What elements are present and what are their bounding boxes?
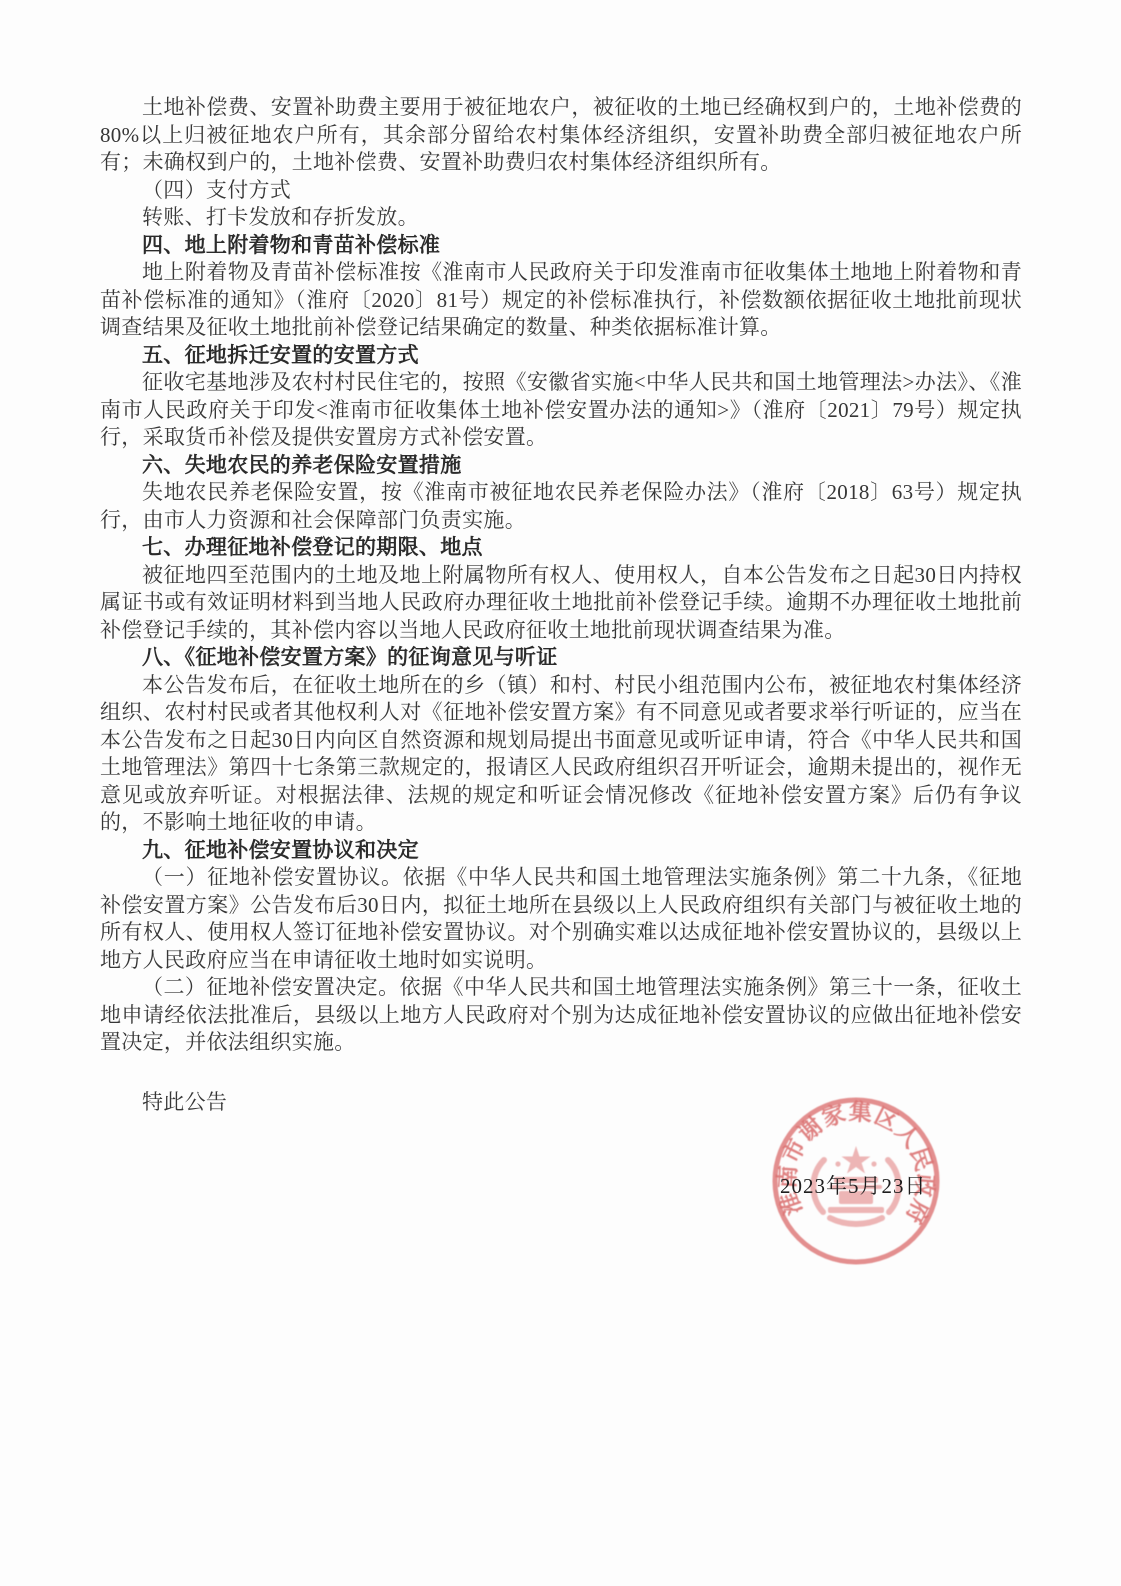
section-heading-9: 九、征地补偿安置协议和决定 <box>100 837 1022 865</box>
paragraph-land-fee-distribution: 土地补偿费、安置补助费主要用于被征地农户，被征收的土地已经确权到户的，土地补偿费… <box>100 94 1022 177</box>
paragraph-pension-insurance: 失地农民养老保险安置，按《淮南市被征地农民养老保险办法》（淮府〔2018〕63号… <box>100 479 1022 534</box>
paragraph-hearing-procedure: 本公告发布后，在征收土地所在的乡（镇）和村、村民小组范围内公布，被征地农村集体经… <box>100 672 1022 837</box>
document-body: 土地补偿费、安置补助费主要用于被征地农户，被征收的土地已经确权到户的，土地补偿费… <box>100 94 1022 1116</box>
paragraph-payment-method-detail: 转账、打卡发放和存折发放。 <box>100 204 1022 232</box>
paragraph-compensation-agreement: （一）征地补偿安置协议。依据《中华人民共和国土地管理法实施条例》第二十九条，《征… <box>100 864 1022 974</box>
paragraph-payment-method-label: （四）支付方式 <box>100 177 1022 205</box>
section-heading-4: 四、地上附着物和青苗补偿标准 <box>100 232 1022 260</box>
section-heading-5: 五、征地拆迁安置的安置方式 <box>100 342 1022 370</box>
issue-date: 2023年5月23日 <box>780 1170 927 1200</box>
paragraph-attachment-crop-standard: 地上附着物及青苗补偿标准按《淮南市人民政府关于印发淮南市征收集体土地地上附着物和… <box>100 259 1022 342</box>
paragraph-compensation-decision: （二）征地补偿安置决定。依据《中华人民共和国土地管理法实施条例》第三十一条，征收… <box>100 974 1022 1057</box>
paragraph-resettlement-method: 征收宅基地涉及农村村民住宅的，按照《安徽省实施<中华人民共和国土地管理法>办法》… <box>100 369 1022 452</box>
section-heading-8: 八、《征地补偿安置方案》的征询意见与听证 <box>100 644 1022 672</box>
scanned-announcement-page: { "document": { "blocks": [ { "type": "p… <box>0 0 1121 1586</box>
section-heading-6: 六、失地农民的养老保险安置措施 <box>100 452 1022 480</box>
section-heading-7: 七、办理征地补偿登记的期限、地点 <box>100 534 1022 562</box>
paragraph-registration-deadline: 被征地四至范围内的土地及地上附属物所有权人、使用权人，自本公告发布之日起30日内… <box>100 562 1022 645</box>
